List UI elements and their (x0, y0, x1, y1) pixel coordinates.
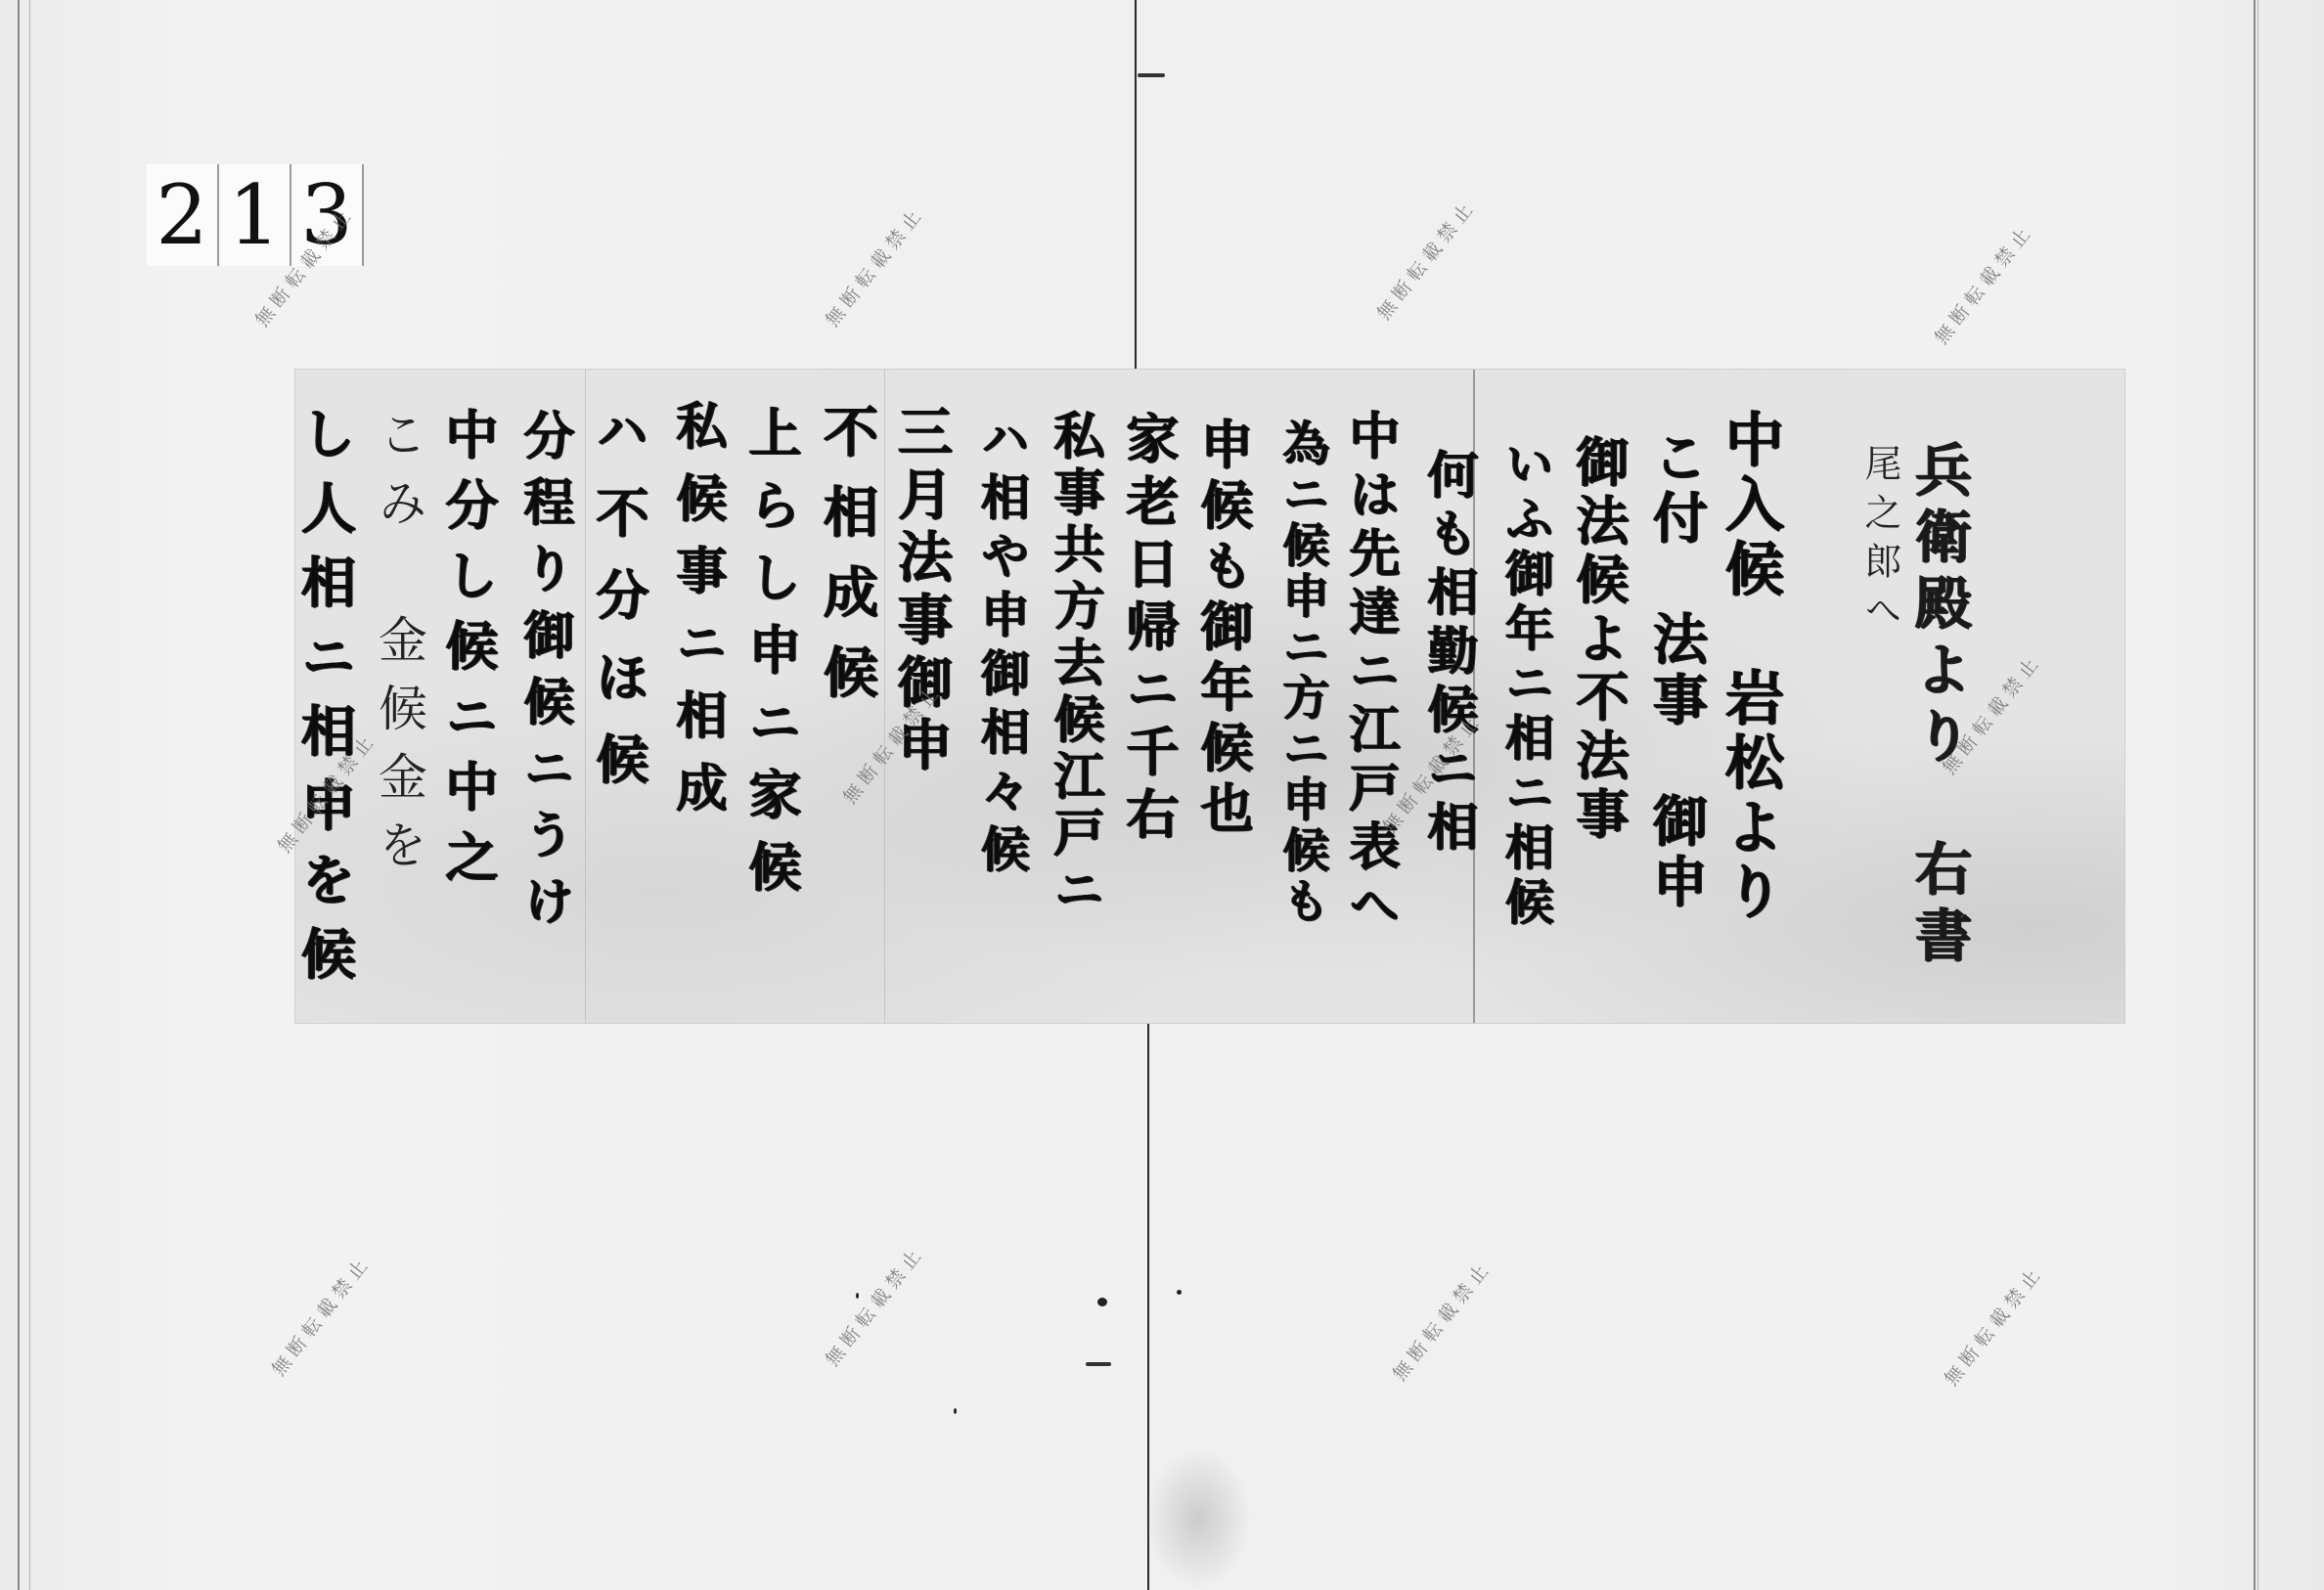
body-column: し人相ニ相申を候 (286, 405, 364, 999)
body-column: 私事共方去候江戸ニ (1038, 409, 1111, 919)
address-line-2: 尾之郎へ (1854, 444, 1907, 640)
document-scan: 2 1 3 兵衛殿より 右書 尾之郎へ 中入候 岩松より こ付 法事 御申 御法… (0, 0, 2324, 1590)
paper-stain (1144, 1447, 1252, 1590)
body-column: 上らし申ニ家候 (735, 405, 810, 911)
body-column: 中入候 岩松より (1708, 409, 1792, 925)
body-column: 家老日帰ニ千右 (1112, 411, 1187, 849)
board-edge-right-inner (2254, 0, 2256, 1590)
body-column: 中分し候ニ中之 (431, 407, 507, 900)
letter-paper: 兵衛殿より 右書 尾之郎へ 中入候 岩松より こ付 法事 御申 御法候よ不法事 … (295, 370, 2124, 1023)
body-column: こ付 法事 御申 (1637, 428, 1716, 913)
speck (954, 1408, 957, 1414)
frame-digit: 2 (147, 164, 219, 266)
watermark: 無断転載禁止 (1370, 193, 1482, 325)
watermark: 無断転載禁止 (1938, 1259, 2049, 1391)
body-column: 不相成候 (808, 403, 886, 724)
watermark: 無断転載禁止 (819, 199, 930, 331)
body-column: 申候も御年候也 (1186, 417, 1262, 841)
ink-mark (1138, 73, 1165, 77)
body-column: ハ不分ほ候 (582, 403, 657, 814)
watermark: 無断転載禁止 (265, 1249, 377, 1381)
watermark: 無断転載禁止 (1386, 1254, 1497, 1386)
ink-mark (1086, 1362, 1111, 1366)
speck (1177, 1290, 1182, 1295)
board-edge-right-outer (2257, 0, 2258, 1590)
body-column: 御法候よ不法事 (1562, 434, 1637, 845)
watermark: 無断転載禁止 (1928, 217, 2039, 349)
watermark: 無断転載禁止 (819, 1239, 930, 1371)
center-gutter-top (1135, 0, 1137, 370)
frame-digit: 1 (219, 164, 291, 266)
body-column: 分程り御候ニうけ (508, 409, 581, 941)
address-line-1: 兵衛殿より 右書 (1898, 440, 1980, 972)
body-column: いふ御年ニ相ニ相候 (1491, 438, 1561, 931)
body-column: こみ 金候金を (364, 409, 434, 888)
speck (1097, 1298, 1107, 1306)
board-edge-left-outer (18, 0, 20, 1590)
body-column: 為ニ候申ニ方ニ申候も (1269, 419, 1336, 927)
calligraphy-text: 兵衛殿より 右書 尾之郎へ 中入候 岩松より こ付 法事 御申 御法候よ不法事 … (295, 370, 2124, 1023)
speck (856, 1293, 859, 1299)
body-column: 中は先達ニ江戸表へ (1333, 409, 1407, 937)
board-edge-left-inner (29, 0, 30, 1590)
body-column: ハ相や申御相々候 (966, 413, 1037, 882)
body-column: 私候事ニ相成 (660, 399, 734, 833)
